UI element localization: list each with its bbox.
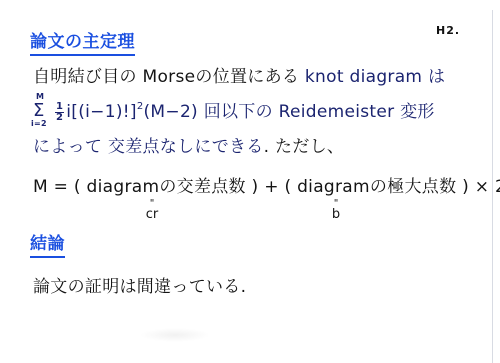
definition-lhs: M = [33,177,74,197]
page-number-label: H2. [436,24,460,37]
line1-navy-text: knot diagram は [305,67,445,87]
line1-black-text: 自明結び目の Morseの位置にある [33,67,299,87]
theorem-line-2-formula: M Σ i=2 1 2 i[(i−1)!]2(M−2) 回以下の Reideme… [31,101,435,123]
formula-tail: (M−2) 回以下の Reidemeister 変形 [144,102,435,122]
annotation-b: " b [326,200,346,221]
line3-navy-text: によって 交差点なしにできる [33,137,264,157]
fraction-denominator: 2 [55,113,64,123]
conclusion-heading: 結論 [30,234,65,258]
summation: M Σ i=2 [31,101,51,123]
fraction-numerator: 1 [55,102,64,113]
line3-black-text: . ただし、 [264,137,345,157]
annotation-cr: " cr [140,200,164,221]
definition-crossing-group: ( diagramの交差点数 ) [74,177,259,197]
paper-smudge [140,328,210,342]
theorem-line-3: によって 交差点なしにできる. ただし、 [33,136,344,158]
sum-lower-limit: i=2 [31,120,47,128]
theorem-heading: 論文の主定理 [30,32,135,56]
annotation-cr-symbol: cr [146,207,159,222]
definition-plus: + [258,177,284,197]
formula-main: i[(i−1)!] [66,102,137,122]
definition-of-M: M = ( diagramの交差点数 ) + ( diagramの極大点数 ) … [33,176,500,198]
definition-maxima-group: ( diagramの極大点数 ) [284,177,469,197]
fraction-one-half: 1 2 [55,102,64,123]
slide: H2. 論文の主定理 自明結び目の Morseの位置にある knot diagr… [0,0,500,363]
annotation-b-symbol: b [332,207,340,222]
definition-times-two: × 2 [469,177,500,197]
sigma-symbol: Σ [33,102,45,120]
theorem-line-1: 自明結び目の Morseの位置にある knot diagram は [33,66,445,88]
conclusion-text: 論文の証明は間違っている. [33,276,246,298]
formula-exponent: 2 [137,101,144,112]
